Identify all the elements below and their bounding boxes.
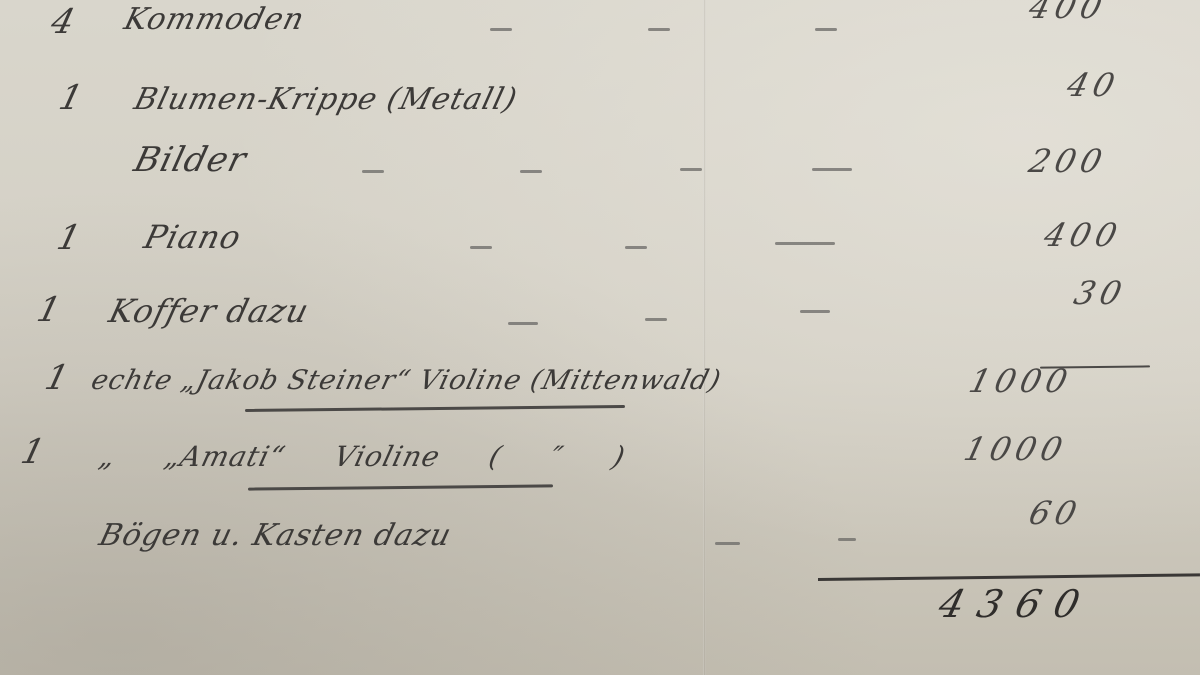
item-amount: 400 <box>1040 216 1126 254</box>
item-description: Piano <box>140 218 245 256</box>
item-description: Koffer dazu <box>105 292 313 330</box>
item-quantity: 1 <box>33 290 66 330</box>
leader-dash <box>362 170 384 173</box>
paper-fold-crease <box>703 0 706 675</box>
item-amount: 1000 <box>960 430 1071 468</box>
leader-dash <box>648 28 670 31</box>
leader-dash <box>625 246 647 249</box>
item-description: Blumen-Krippe (Metall) <box>131 82 521 117</box>
item-amount: 60 <box>1025 494 1085 532</box>
item-description: Kommoden <box>121 2 309 37</box>
item-quantity: 1 <box>53 218 86 258</box>
leader-dash <box>680 168 702 171</box>
leader-dash <box>775 242 835 245</box>
item-quantity: 1 <box>17 432 50 472</box>
total-amount: 4360 <box>935 582 1099 626</box>
item-quantity: 1 <box>55 78 88 118</box>
leader-dash <box>520 170 542 173</box>
item-description: „ „Amati“ Violine ( ″ ) <box>96 440 629 473</box>
sum-rule <box>818 573 1200 581</box>
item-amount: 30 <box>1070 274 1130 312</box>
leader-dash <box>490 28 512 31</box>
item-quantity: 4 <box>47 2 80 42</box>
leader-dash <box>470 246 492 249</box>
item-amount: 400 <box>1025 0 1111 26</box>
leader-dash <box>815 28 837 31</box>
item-quantity: 1 <box>41 358 74 398</box>
leader-dash <box>838 538 856 541</box>
leader-dash <box>645 318 667 321</box>
item-amount: 200 <box>1025 142 1111 180</box>
name-underline <box>245 405 625 412</box>
name-underline <box>248 484 553 490</box>
item-description: Bögen u. Kasten dazu <box>96 518 456 553</box>
leader-dash <box>812 168 852 171</box>
item-description: Bilder <box>130 140 251 180</box>
leader-dash <box>800 310 830 313</box>
item-amount: 40 <box>1063 66 1123 104</box>
item-description: echte „Jakob Steiner“ Violine (Mittenwal… <box>88 365 724 396</box>
amount-flourish <box>1040 365 1150 368</box>
leader-dash <box>508 322 538 325</box>
leader-dash <box>715 542 740 545</box>
